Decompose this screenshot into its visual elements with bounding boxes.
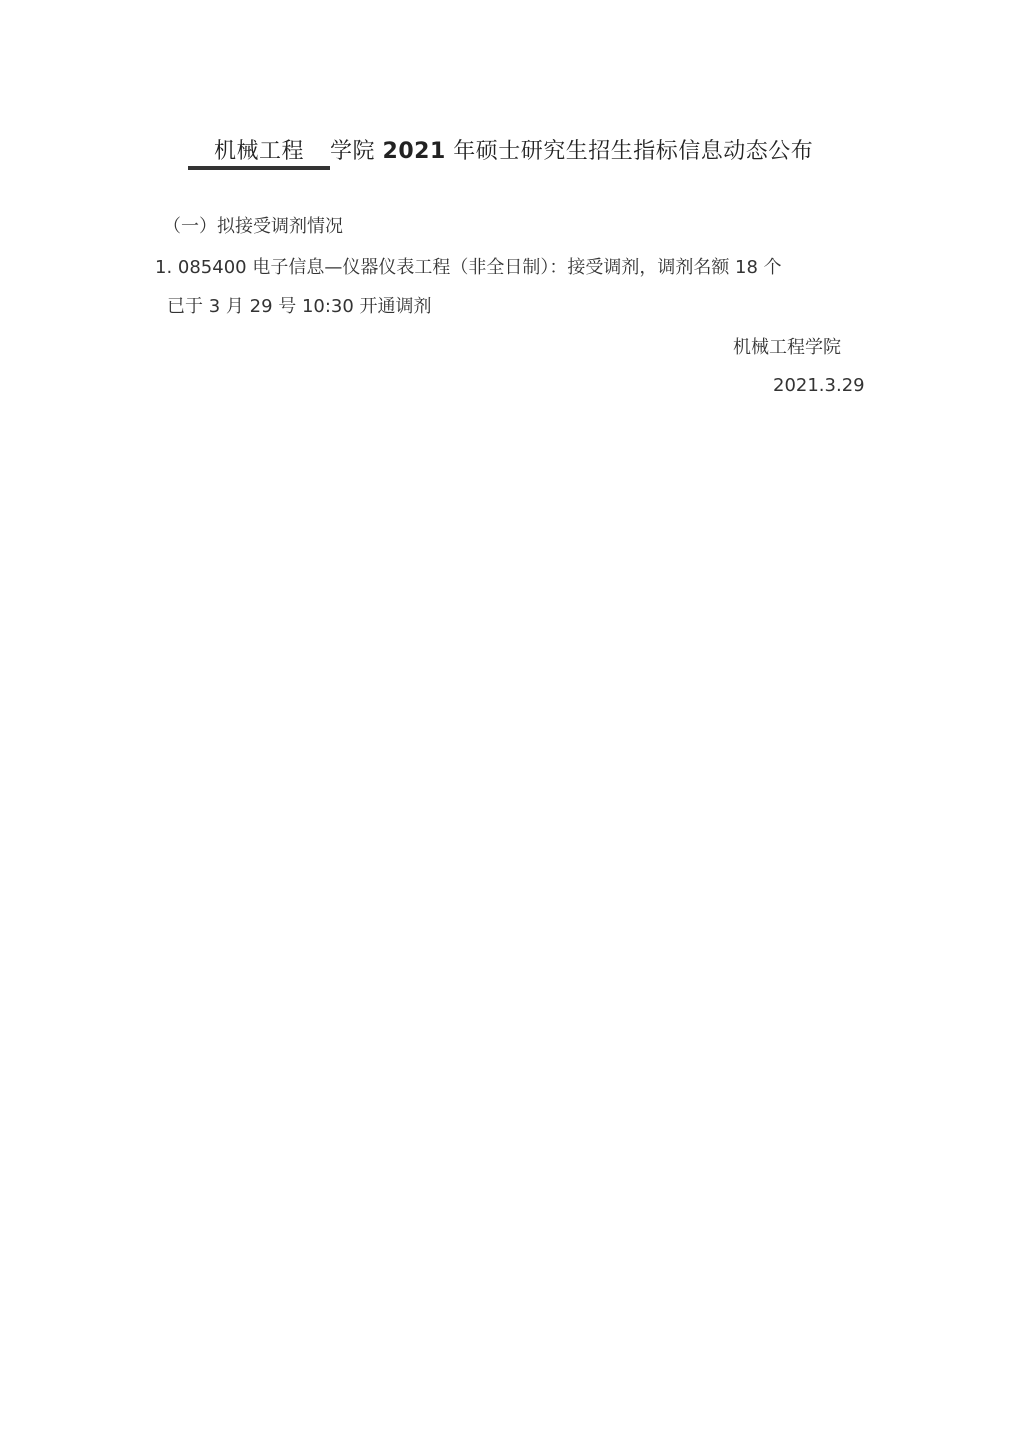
list-item-line-1: 1. 085400 电子信息—仪器仪表工程（非全日制）：接受调剂，调剂名额 18… xyxy=(155,254,782,282)
signature-date: 2021.3.29 xyxy=(773,372,865,400)
document-page: 机械工程学院 2021 年硕士研究生招生指标信息动态公布 （一）拟接受调剂情况 … xyxy=(0,0,1024,1448)
signature-org: 机械工程学院 xyxy=(733,334,841,362)
page-title: 机械工程学院 2021 年硕士研究生招生指标信息动态公布 xyxy=(188,136,813,168)
title-college-suffix: 学院 xyxy=(330,139,375,164)
title-year: 2021 xyxy=(383,139,446,164)
title-rest: 年硕士研究生招生指标信息动态公布 xyxy=(453,139,813,164)
list-item-line-2: 已于 3 月 29 号 10:30 开通调剂 xyxy=(167,293,432,321)
title-college-underlined: 机械工程 xyxy=(188,138,330,170)
section-heading: （一）拟接受调剂情况 xyxy=(163,213,343,241)
